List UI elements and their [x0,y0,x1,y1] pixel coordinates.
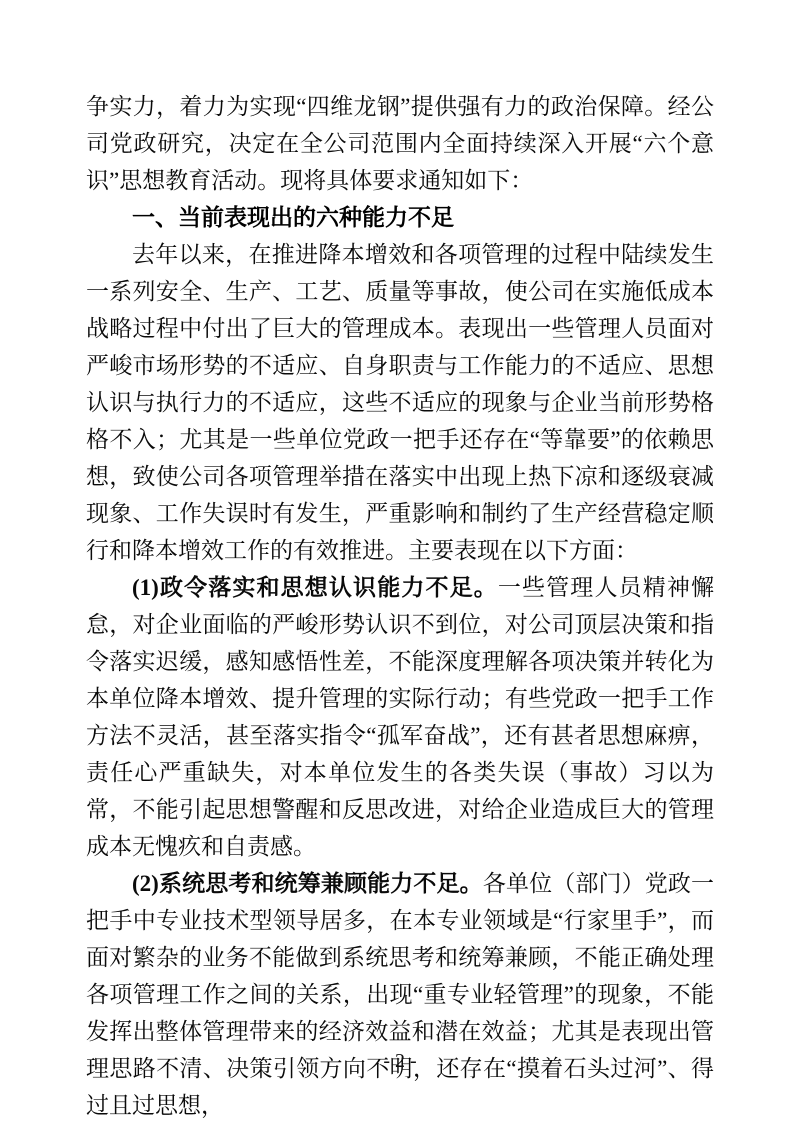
paragraph-item-1: (1)政令落实和思想认识能力不足。一些管理人员精神懈怠，对企业面临的严峻形势认识… [86,569,714,865]
paragraph-text: 各单位（部门）党政一把手中专业技术型领导居多，在本专业领域是“行家里手”，而面对… [86,871,714,1118]
paragraph-text: 去年以来，在推进降本增效和各项管理的过程中陆续发生一系列安全、生产、工艺、质量等… [86,242,714,563]
paragraph-item-2: (2)系统思考和统筹兼顾能力不足。各单位（部门）党政一把手中专业技术型领导居多，… [86,865,714,1124]
paragraph-continued: 争实力，着力为实现“四维龙钢”提供强有力的政治保障。经公司党政研究，决定在全公司… [86,88,714,199]
page-number: - 2 - [0,1046,800,1076]
document-body: 争实力，着力为实现“四维龙钢”提供强有力的政治保障。经公司党政研究，决定在全公司… [86,88,714,1124]
paragraph-lead-bold: (2)系统思考和统筹兼顾能力不足。 [132,871,483,896]
paragraph-lead-bold: (1)政令落实和思想认识能力不足。 [132,575,498,600]
paragraph-overview: 去年以来，在推进降本增效和各项管理的过程中陆续发生一系列安全、生产、工艺、质量等… [86,236,714,569]
section-heading-text: 一、当前表现出的六种能力不足 [132,204,454,230]
document-page: 争实力，着力为实现“四维龙钢”提供强有力的政治保障。经公司党政研究，决定在全公司… [0,0,800,1132]
paragraph-text: 一些管理人员精神懈怠，对企业面临的严峻形势认识不到位，对公司顶层决策和指令落实迟… [86,575,714,859]
paragraph-text: 争实力，着力为实现“四维龙钢”提供强有力的政治保障。经公司党政研究，决定在全公司… [86,94,714,193]
section-heading: 一、当前表现出的六种能力不足 [86,199,714,236]
